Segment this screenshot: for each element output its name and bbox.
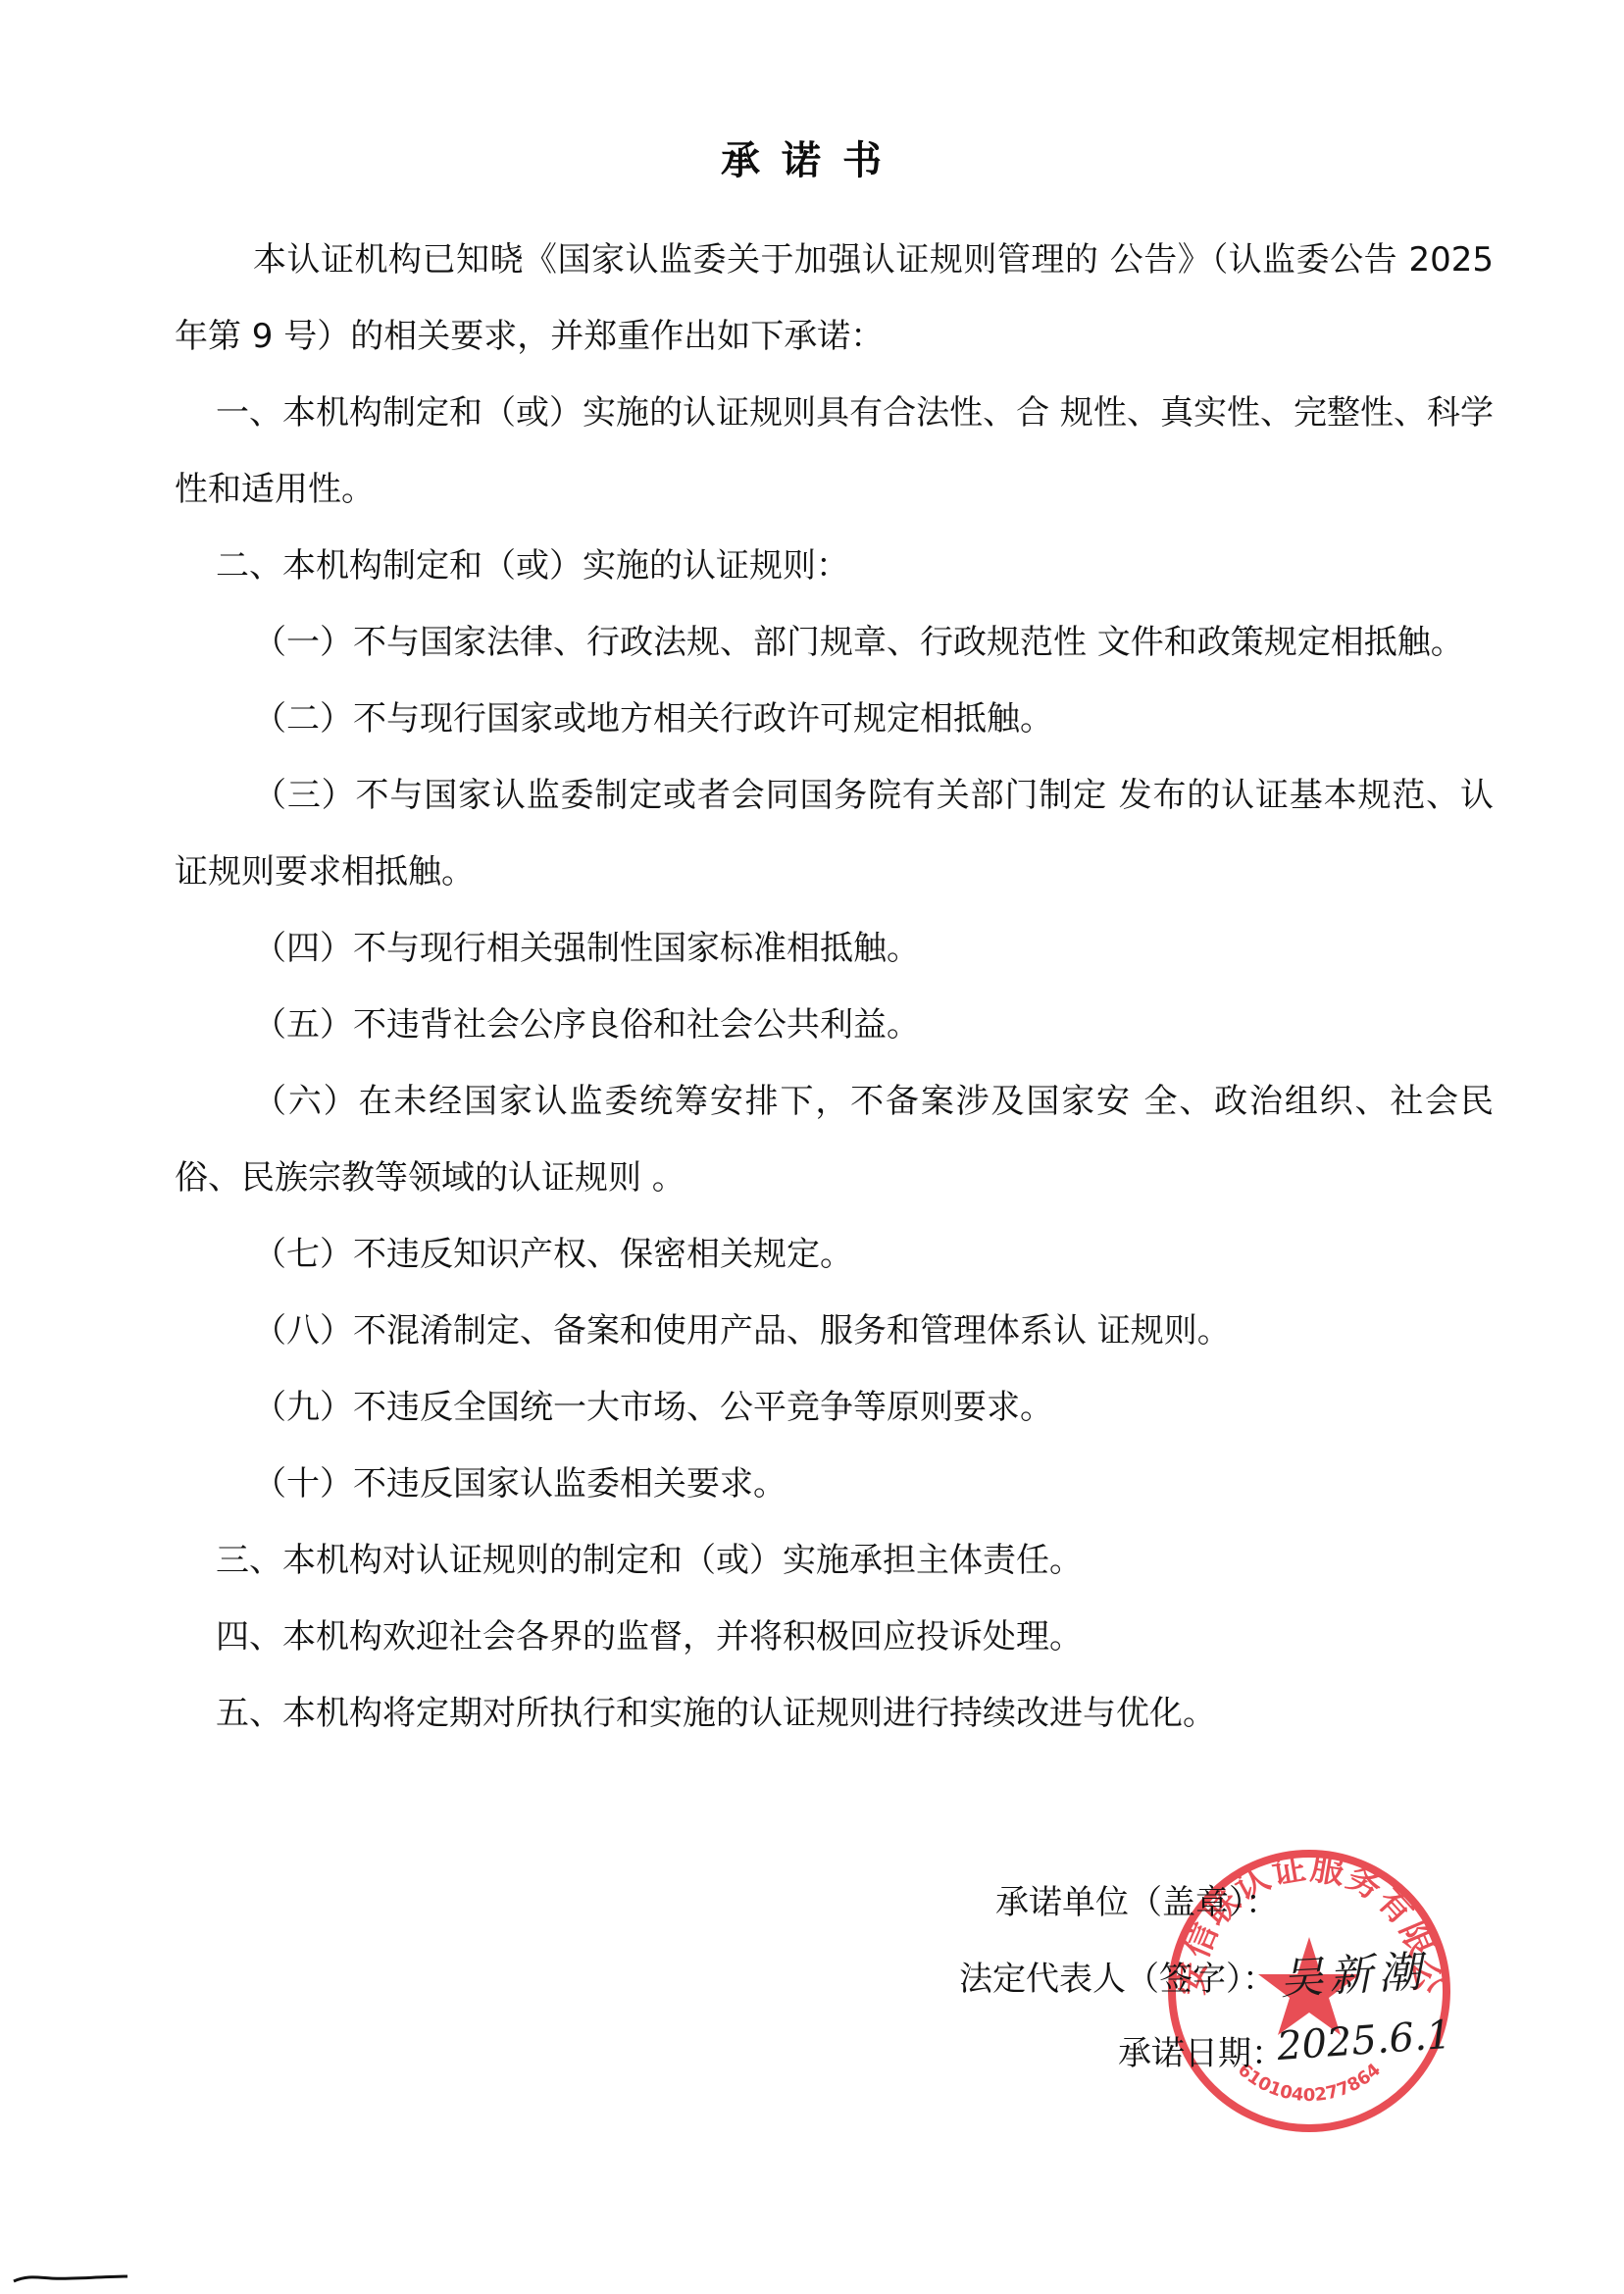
sub-item-5: （五）不违背社会公序良俗和社会公共利益。	[175, 987, 1494, 1063]
legal-representative-label: 法定代表人（签字）：	[959, 1952, 1276, 2000]
sub-item-1: （一）不与国家法律、行政法规、部门规章、行政规范性 文件和政策规定相抵触。	[175, 604, 1494, 681]
section-1: 一、本机构制定和（或）实施的认证规则具有合法性、合 规性、真实性、完整性、科学性…	[175, 375, 1494, 528]
section-4: 四、本机构欢迎社会各界的监督，并将积极回应投诉处理。	[175, 1599, 1494, 1675]
document-title: 承诺书	[0, 129, 1624, 185]
sign-unit-label: 承诺单位（盖章）：	[995, 1875, 1279, 1923]
sub-item-7: （七）不违反知识产权、保密相关规定。	[175, 1216, 1494, 1293]
sub-item-8: （八）不混淆制定、备案和使用产品、服务和管理体系认 证规则。	[175, 1293, 1494, 1369]
representative-signature: 吴新潮	[1278, 1936, 1428, 2007]
commitment-date-label: 承诺日期：	[1118, 2026, 1285, 2074]
section-5: 五、本机构将定期对所执行和实施的认证规则进行持续改进与优化。	[175, 1675, 1494, 1752]
document-page: 承诺书 本认证机构已知晓《国家认监委关于加强认证规则管理的 公告》（认监委公告 …	[0, 0, 1624, 2294]
sub-item-9: （九）不违反全国统一大市场、公平竞争等原则要求。	[175, 1369, 1494, 1446]
section-3: 三、本机构对认证规则的制定和（或）实施承担主体责任。	[175, 1522, 1494, 1599]
sub-item-2: （二）不与现行国家或地方相关行政许可规定相抵触。	[175, 681, 1494, 757]
section-2: 二、本机构制定和（或）实施的认证规则：	[175, 528, 1494, 604]
document-body: 本认证机构已知晓《国家认监委关于加强认证规则管理的 公告》（认监委公告 2025…	[175, 222, 1494, 1752]
sub-item-4: （四）不与现行相关强制性国家标准相抵触。	[175, 910, 1494, 987]
sub-item-6: （六）在未经国家认监委统筹安排下，不备案涉及国家安 全、政治组织、社会民俗、民族…	[175, 1063, 1494, 1216]
sub-item-3: （三）不与国家认监委制定或者会同国务院有关部门制定 发布的认证基本规范、认证规则…	[175, 757, 1494, 910]
margin-scribble-icon	[12, 2271, 129, 2283]
intro-paragraph: 本认证机构已知晓《国家认监委关于加强认证规则管理的 公告》（认监委公告 2025…	[175, 222, 1494, 375]
sub-item-10: （十）不违反国家认监委相关要求。	[175, 1446, 1494, 1522]
